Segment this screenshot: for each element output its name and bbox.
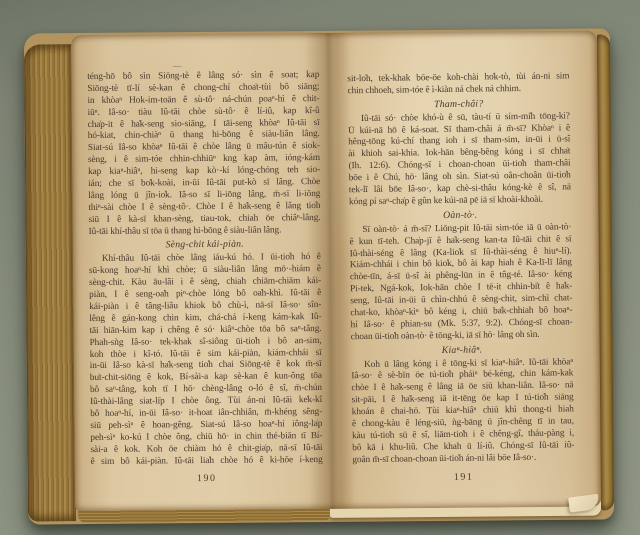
photo-background: — téng-hō bô sìn Siōng-tè ê lâng só· sìn… [0, 0, 640, 535]
left-page: — téng-hō bô sìn Siōng-tè ê lâng só· sìn… [87, 61, 323, 485]
section-heading: Tham-châi? [348, 97, 570, 112]
section-heading: Oàn-tò·. [349, 208, 571, 223]
left-page-number: 190 [91, 472, 323, 485]
text-line: Iû-tāi khí-thâu sī tōa ū thang hi-bōng ê… [89, 225, 321, 239]
back-cover-edge [597, 34, 614, 510]
right-page-text: sit-lo̍h, tek-khak bōe-ōe koh-chài ho̍k-… [347, 71, 574, 466]
text-line: goân m̄-sī choan-choan ūi-tio̍h án-ni lâ… [352, 452, 574, 467]
right-page: sit-lo̍h, tek-khak bōe-ōe koh-chài ho̍k-… [347, 71, 574, 483]
left-page-text: téng-hō bô sìn Siōng-tè ê lâng só· sìn ê… [87, 70, 322, 468]
open-book: — téng-hō bô sìn Siōng-tè ê lâng só· sìn… [24, 28, 614, 524]
text-line: ê sim bô kái-piàn. Iû-tāi lia̍h chòe hó … [91, 454, 323, 468]
text-line: chin chhoeh, sim-tóe ê ì-kiàn ná chek ná… [347, 83, 569, 98]
section-heading: Kiaⁿ-hiâⁿ. [351, 343, 573, 358]
section-heading: Sèng-chit kái-piàn. [89, 238, 321, 252]
fore-edge-page-stack [24, 44, 76, 521]
text-line: siū I ê kà-sī khan-sèng, tiau-tok, chiah… [88, 213, 320, 227]
right-page-number: 191 [353, 470, 575, 484]
text-line: choan ūi-tio̍h oàn-tò· ê tōng-ki, iā sī … [351, 329, 573, 344]
page-spread: — téng-hō bô sìn Siōng-tè ê lâng só· sìn… [71, 31, 601, 512]
text-line: kóng pí saⁿ-cha̍p ê gûn ke kúi-nā pē iā … [349, 194, 571, 209]
